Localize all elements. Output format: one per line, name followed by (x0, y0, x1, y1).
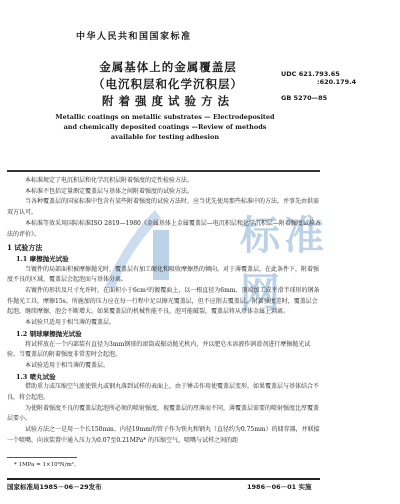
section-1-1-para-1: 当镀件的局部面积被摩擦抛光时，覆盖层有加工硬化和吸收摩擦热的倾向。对于薄覆盖层，… (7, 265, 321, 286)
national-standard-header: 中华人民共和国国家标准 (76, 29, 192, 42)
footnote: * 1MPa = 1×10⁶N/m²。 (14, 460, 79, 468)
title-zh-line2: （电沉积层和化学沉积层） (68, 77, 268, 93)
section-1-2-heading: 1.2 钢球摩擦抛光试验 (7, 329, 321, 340)
udc-code: UDC 621.793.65 (281, 70, 340, 78)
section-1-heading: 1 试验方法 (7, 243, 321, 254)
section-1-3-para-1: 借助重力或压缩空气流使铁丸或钢丸落到试样的表面上，由于锤击作用使覆盖层变形。如果… (7, 382, 321, 403)
footnote-divider (7, 457, 77, 458)
section-1-1-heading: 1.1 摩擦抛光试验 (7, 254, 321, 265)
effective-date: 1986－06－01 实施 (247, 482, 311, 491)
section-1-1-para-2: 若镀件的形状及尺寸允许时，在面积小于6cm²的镀覆面上，以一根直径为6mm、顶端… (7, 286, 321, 318)
intro-para-2: 本标准不包括定量测定覆盖层与基体之间附着强度的试验方法。 (7, 187, 321, 198)
top-divider (7, 170, 320, 172)
section-1-3-para-2: 为使附着强度不良的覆盖层起泡所必须的喷射强度，视覆盖层的厚薄而不同，薄覆盖层需要… (7, 404, 321, 425)
title-zh-line3: 附着强度试验方法 (68, 94, 268, 110)
udc-code-continued: :620.179.4 (317, 78, 356, 86)
section-1-2-para-2: 本试验适用于相当薄的覆盖层。 (7, 361, 321, 372)
section-1-3-para-3: 试验方法之一是用一个长150mm、内径19mm的管子作为铁丸和钢丸（直径约为0.… (7, 425, 321, 446)
intro-para-3: 当各种覆盖层的国家标准中包含有某些附着强度的试验方法时，应当优先使用那些标准中的… (7, 197, 321, 218)
title-zh-line1: 金属基体上的金属覆盖层 (68, 60, 268, 76)
document-body: 本标准规定了电沉积层和化学沉积层附着强度的定性检验方法。 本标准不包括定量测定覆… (7, 176, 321, 447)
section-1-3-heading: 1.3 喷丸试验 (7, 372, 321, 383)
section-1-2-para-1: 将试样放在一个内部装有直径为3mm钢球的滚筒或振动抛光机内，并以肥皂水溶液作润滑… (7, 340, 321, 361)
intro-para-1: 本标准规定了电沉积层和化学沉积层附着强度的定性检验方法。 (7, 176, 321, 187)
intro-para-4: 本标准等效采用国际标准ISO 2819—1980《金属基体上金属覆盖层—电沉积层… (7, 219, 321, 240)
title-english: Metallic coatings on metallic substrates… (50, 112, 280, 142)
bottom-divider (7, 478, 320, 480)
section-1-1-para-3: 本试验只适用于相当薄的覆盖层。 (7, 318, 321, 329)
gb-code: GB 5270—85 (281, 94, 327, 102)
issued-date: 国家标准局1985－06－29发布 (7, 482, 102, 491)
